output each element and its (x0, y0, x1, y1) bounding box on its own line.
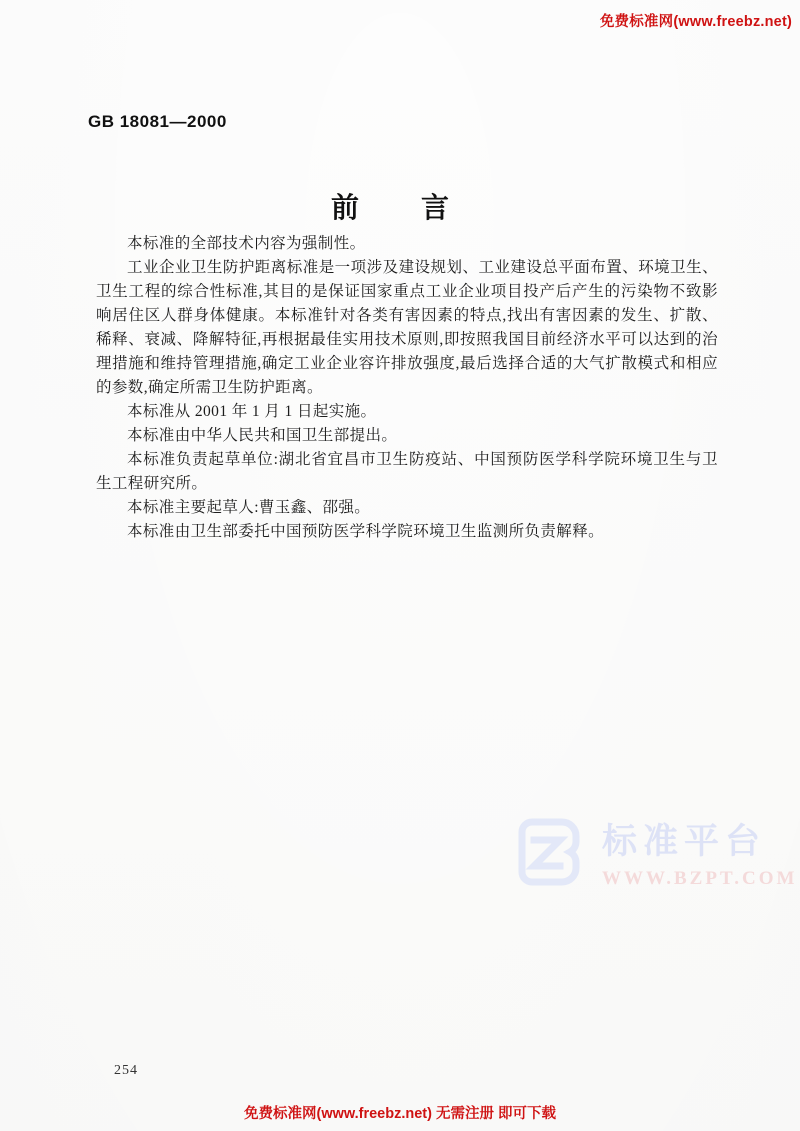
paragraph: 本标准的全部技术内容为强制性。 (96, 232, 718, 256)
paragraph: 本标准从 2001 年 1 月 1 日起实施。 (96, 400, 718, 424)
watermark-name: 标准平台 (602, 824, 797, 859)
page-title: 前言 (0, 186, 780, 226)
page-number: 254 (114, 1063, 138, 1079)
page-title-char-right: 言 (421, 193, 449, 224)
header-site-link[interactable]: 免费标准网(www.freebz.net) (600, 10, 792, 31)
watermark-text-block: 标准平台 WWW.BZPT.COM (602, 816, 797, 888)
bzpt-logo-icon (518, 816, 598, 898)
page-title-char-left: 前 (331, 193, 359, 224)
scan-background (0, 0, 800, 1131)
paragraph: 本标准由中华人民共和国卫生部提出。 (96, 424, 718, 448)
footer-site-link[interactable]: 免费标准网(www.freebz.net) 无需注册 即可下载 (0, 1102, 800, 1123)
watermark: 标准平台 WWW.BZPT.COM (518, 816, 748, 911)
paragraph: 本标准由卫生部委托中国预防医学科学院环境卫生监测所负责解释。 (96, 520, 718, 544)
paragraph: 工业企业卫生防护距离标准是一项涉及建设规划、工业建设总平面布置、环境卫生、卫生工… (96, 256, 718, 400)
standard-code: GB 18081—2000 (88, 112, 227, 132)
foreword-body: 本标准的全部技术内容为强制性。 工业企业卫生防护距离标准是一项涉及建设规划、工业… (96, 232, 718, 544)
paragraph: 本标准负责起草单位:湖北省宜昌市卫生防疫站、中国预防医学科学院环境卫生与卫生工程… (96, 448, 718, 496)
paragraph: 本标准主要起草人:曹玉鑫、邵强。 (96, 496, 718, 520)
watermark-url: WWW.BZPT.COM (602, 869, 797, 888)
